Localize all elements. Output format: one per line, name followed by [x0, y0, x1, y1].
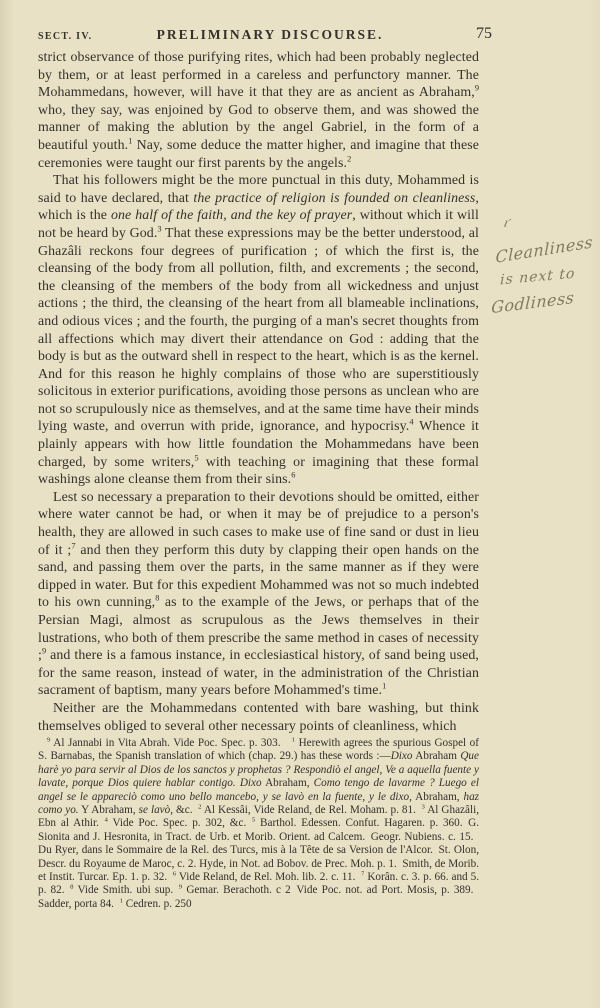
- paragraph-3: Lest so necessary a preparation to their…: [38, 489, 479, 700]
- body-text: strict observance of those purifying rit…: [38, 49, 479, 736]
- footnotes: 9 Al Jannabi in Vita Abrah. Vide Poc. Sp…: [38, 737, 479, 911]
- handwriting-line: Cleanliness: [495, 232, 593, 267]
- running-title: PRELIMINARY DISCOURSE.: [50, 27, 490, 43]
- page-number: 75: [476, 25, 492, 43]
- paragraph-4: Neither are the Mohammedans contented wi…: [38, 700, 479, 735]
- handwriting-line: Godliness: [491, 288, 575, 317]
- pencil-tick-mark: ı′: [502, 215, 512, 230]
- paragraph-1: strict observance of those purifying rit…: [38, 49, 479, 172]
- handwriting-line: is next to: [500, 266, 576, 289]
- paragraph-2: That his followers might be the more pun…: [38, 172, 479, 489]
- book-page: SECT. IV. PRELIMINARY DISCOURSE. 75 stri…: [0, 0, 600, 1008]
